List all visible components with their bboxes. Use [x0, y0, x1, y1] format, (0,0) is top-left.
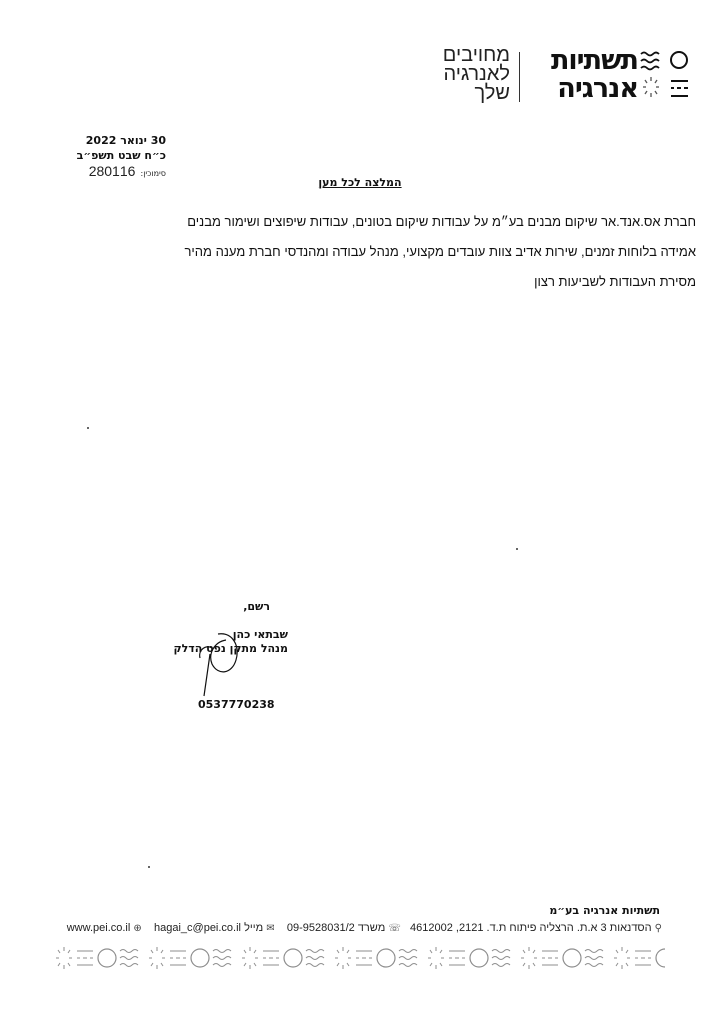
- logo-waves-icon: [640, 50, 660, 74]
- logo-wordmark-line2: אנרגיה: [538, 76, 638, 102]
- company-logo: תשתיות אנרגיה מחויבים לאנרגיה שלך: [420, 44, 690, 114]
- logo-wordmark-line1: תשתיות: [538, 48, 638, 74]
- location-pin-icon: ⚲: [655, 923, 662, 934]
- footer-contact-line: ⚲ הסדנאות 3 א.ת. הרצליה פיתוח ת.ד. 2121,…: [105, 922, 662, 934]
- body-line: אמידה בלוחות זמנים, שירות אדיב צוות עובד…: [150, 244, 696, 274]
- reference-number: 280116: [89, 163, 136, 179]
- signature-block: רשם, שבתאי כהן מנהל מתקן נפט הדלק 053777…: [150, 600, 290, 720]
- footer-company-name: תשתיות אנרגיה בע״מ: [500, 904, 660, 917]
- letter-title: המלצה לכל מען: [290, 176, 430, 189]
- letter-body: חברת אס.אנד.אר שיקום מבנים בע״מ על עבודו…: [150, 214, 696, 304]
- scan-speck: [516, 548, 518, 550]
- handwritten-signature: [178, 624, 258, 704]
- signature-closing: רשם,: [243, 600, 270, 613]
- slogan: מחויבים לאנרגיה שלך: [420, 46, 510, 103]
- logo-divider: [519, 52, 520, 102]
- logo-symbol-icon: [660, 48, 690, 106]
- footer-decorative-pattern: [55, 945, 665, 971]
- reference-label: סימוכין:: [141, 169, 167, 178]
- scan-speck: [87, 427, 89, 429]
- letter-meta: 30 ינואר 2022 כ״ח שבט תשפ״ב סימוכין: 280…: [40, 133, 166, 181]
- gregorian-date: 30 ינואר 2022: [40, 133, 166, 148]
- footer-email-label: מייל: [244, 922, 263, 934]
- logo-sparkle-icon: [641, 75, 661, 99]
- mail-icon: ✉: [266, 923, 274, 934]
- globe-icon: ⊕: [133, 923, 141, 934]
- scan-speck: [148, 866, 150, 868]
- reference: סימוכין: 280116: [40, 163, 166, 181]
- slogan-line: שלך: [420, 84, 510, 103]
- signatory-phone: 0537770238: [198, 698, 275, 711]
- footer-website[interactable]: www.pei.co.il: [67, 922, 131, 934]
- body-line: מסירת העבודות לשביעות רצון: [150, 274, 696, 304]
- body-line: חברת אס.אנד.אר שיקום מבנים בע״מ על עבודו…: [150, 214, 696, 244]
- phone-icon: ☏: [388, 923, 401, 934]
- footer-email[interactable]: hagai_c@pei.co.il: [154, 922, 241, 934]
- footer-address: הסדנאות 3 א.ת. הרצליה פיתוח ת.ד. 2121, 4…: [410, 922, 652, 934]
- footer-office-label: משרד: [358, 922, 385, 934]
- footer-office-phone: 09-9528031/2: [287, 922, 355, 934]
- hebrew-date: כ״ח שבט תשפ״ב: [40, 148, 166, 163]
